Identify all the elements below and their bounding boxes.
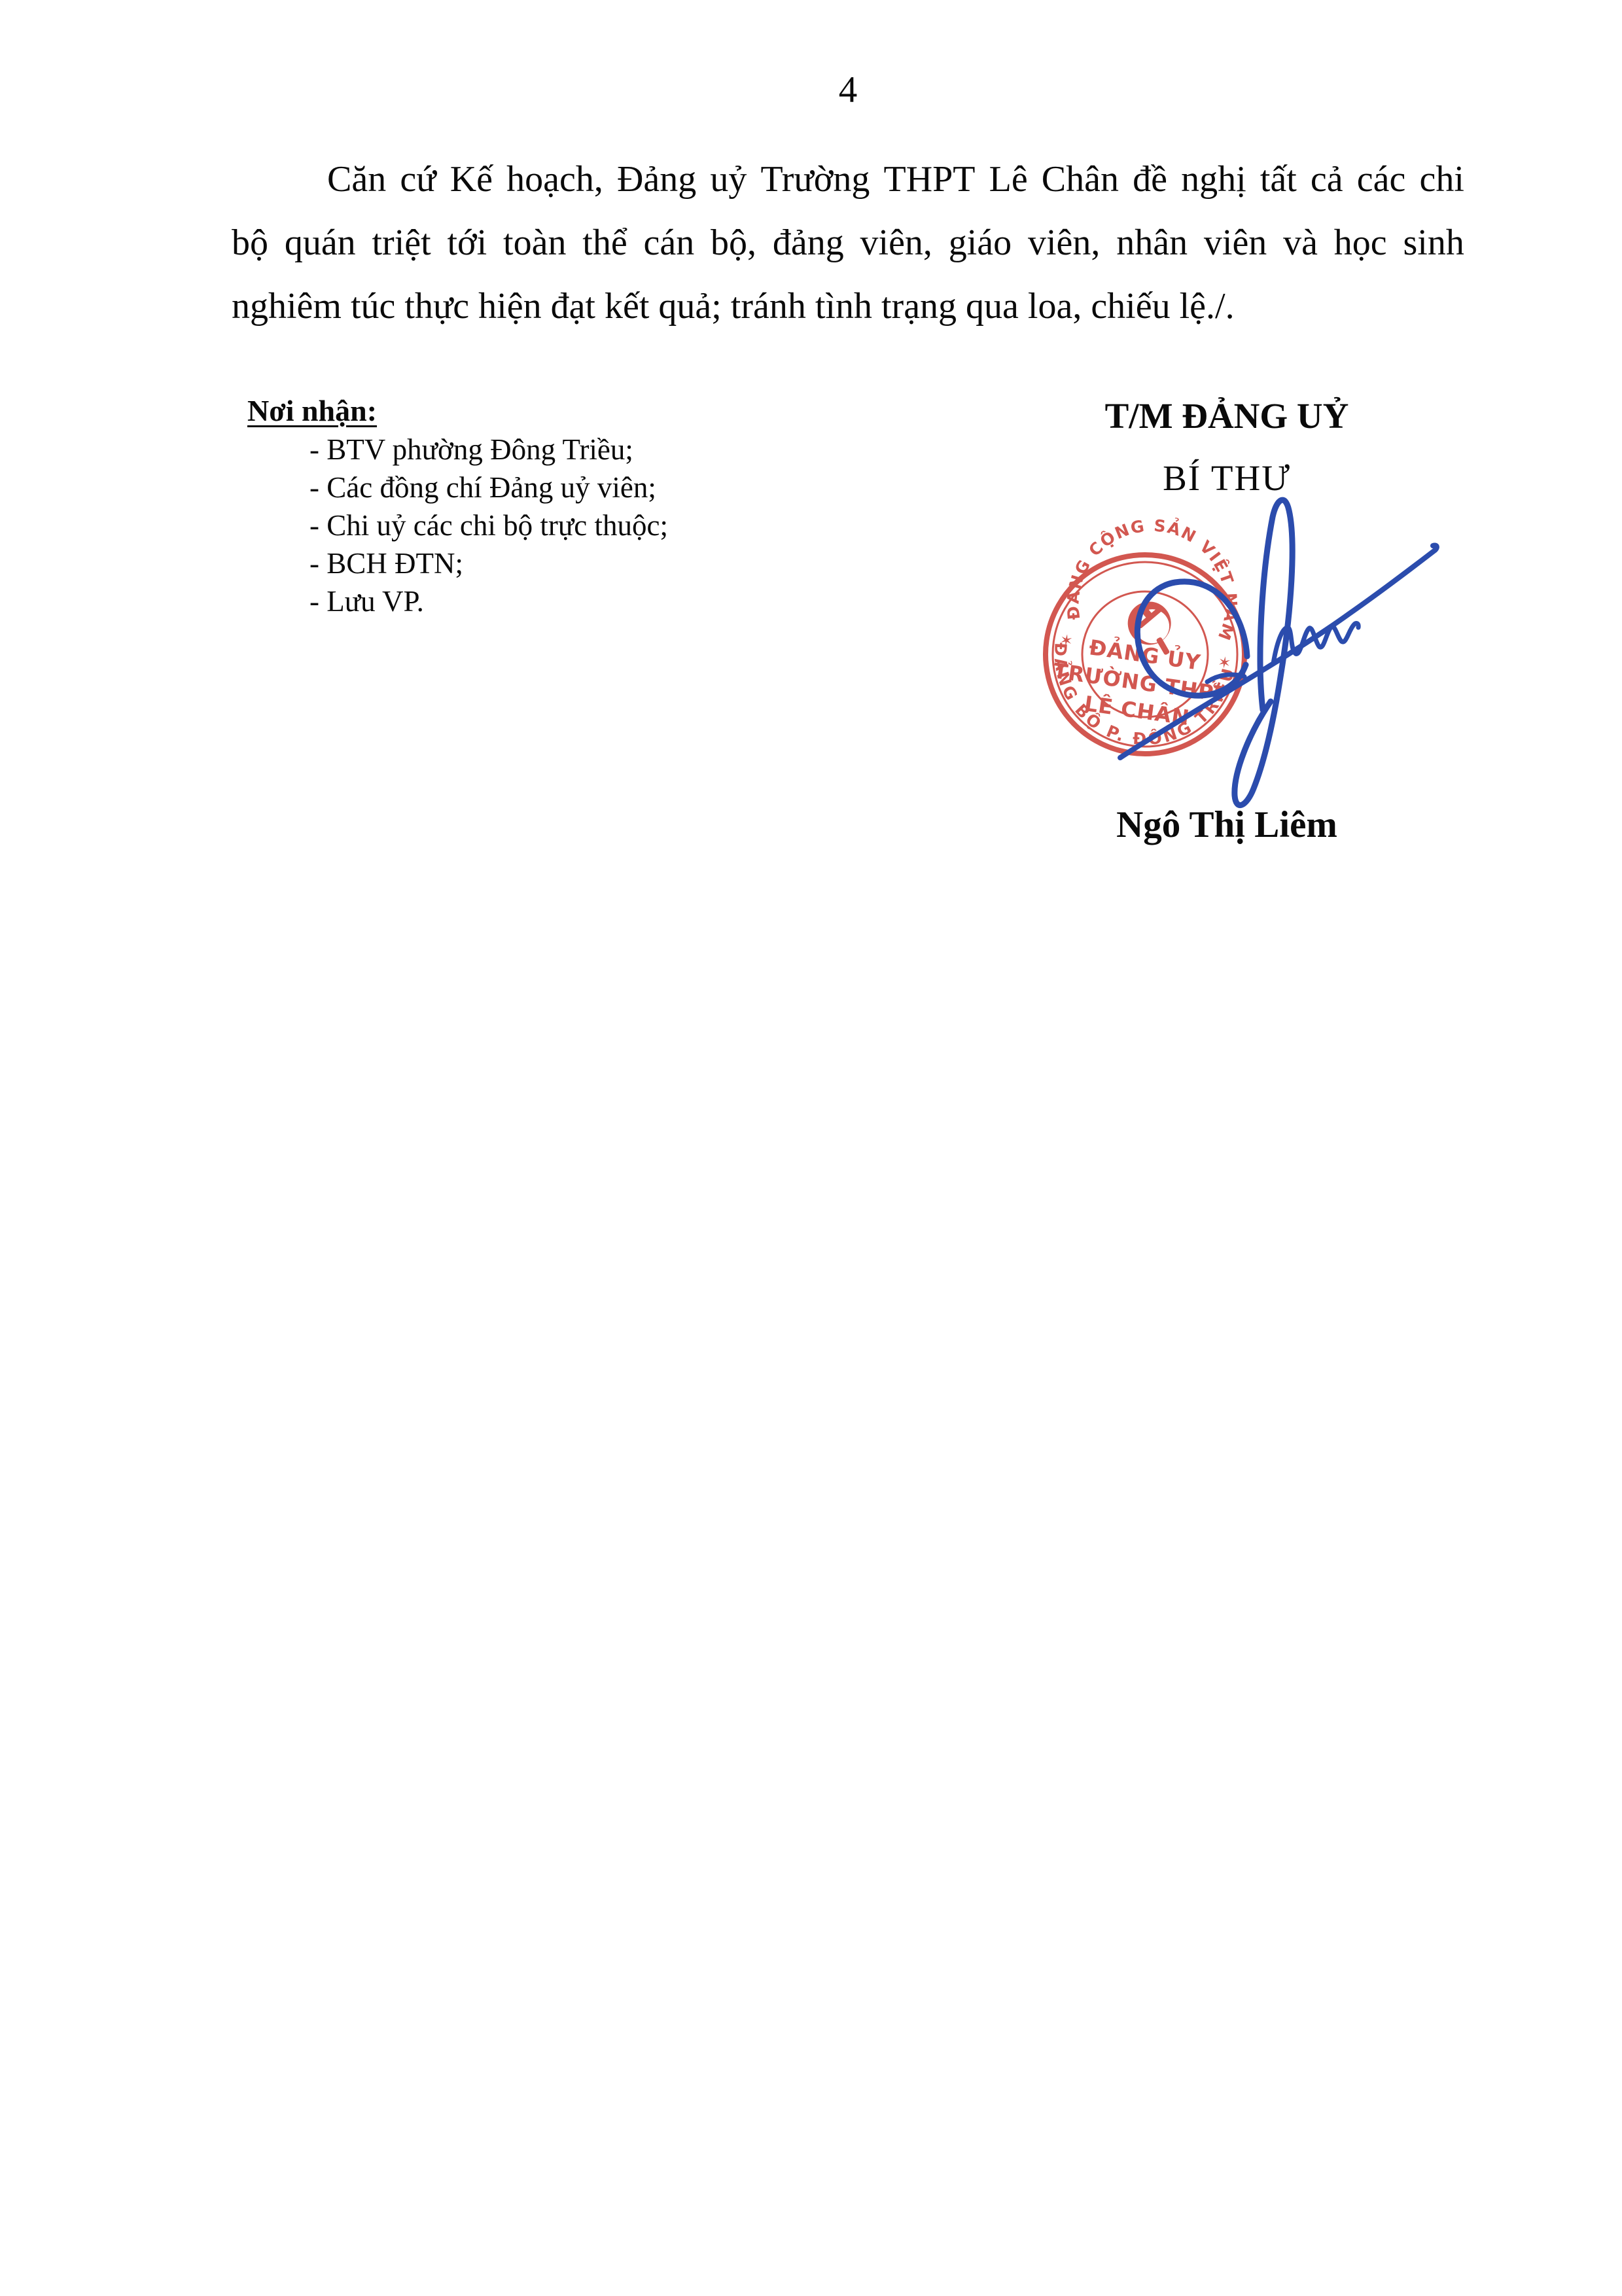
official-seal: ĐẢNG CỘNG SẢN VIỆT NAM ĐẢNG BỘ P. ĐÔNG T…: [1032, 501, 1263, 767]
seal-inner-ring: [1074, 584, 1216, 726]
paragraph-line: CăncứKếhoạch,ĐảnguỷTrườngTHPTLêChânđềngh…: [232, 148, 1464, 211]
signer-name: Ngô Thị Liêm: [1001, 804, 1453, 847]
seal-bottom-arc-text: ĐẢNG BỘ P. ĐÔNG TRIỀU: [1038, 641, 1239, 761]
body-paragraph: CăncứKếhoạch,ĐảnguỷTrườngTHPTLêChânđềngh…: [232, 148, 1464, 338]
signature-ink: [1120, 500, 1437, 805]
paragraph-line: nghiêm túc thực hiện đạt kết quả; tránh …: [232, 275, 1464, 338]
recipient-item: - Chi uỷ các chi bộ trực thuộc;: [309, 506, 836, 544]
seal-star-left: ✶: [1059, 631, 1074, 651]
recipients-heading: Nơi nhận:: [247, 391, 836, 431]
signature-entry-stroke: [1207, 675, 1244, 682]
seal-org-line1: ĐẢNG ỦY: [1087, 632, 1203, 675]
page-number: 4: [232, 71, 1464, 110]
hammer-sickle-icon: [1124, 599, 1177, 656]
recipient-item: - BCH ĐTN;: [309, 544, 836, 582]
signature-title: BÍ THƯ: [1001, 455, 1453, 501]
recipient-item: - Các đồng chí Đảng uỷ viên;: [309, 468, 836, 506]
paragraph-line: bộquántriệttớitoànthểcánbộ,đảngviên,giáo…: [232, 211, 1464, 275]
signature-loop-stroke: [1235, 500, 1292, 805]
seal-top-arc-text: ĐẢNG CỘNG SẢN VIỆT NAM: [1058, 502, 1252, 645]
seal-star-right: ✶: [1216, 653, 1232, 673]
signature-letters-stroke: [1273, 623, 1358, 663]
recipient-item: - BTV phường Đông Triều;: [309, 431, 836, 468]
seal-middle-ring: [1041, 550, 1250, 759]
seal-and-signature-layer: ĐẢNG CỘNG SẢN VIỆT NAM ĐẢNG BỘ P. ĐÔNG T…: [0, 0, 1622, 2296]
recipient-item: - Lưu VP.: [309, 582, 836, 620]
seal-org-line2: TRƯỜNG THPT: [1051, 658, 1230, 707]
seal-org-line3: LÊ CHÂN: [1083, 691, 1191, 730]
signature-on-behalf: T/M ĐẢNG UỶ: [1001, 393, 1453, 440]
signature-flourish-stroke: [1120, 545, 1437, 758]
signature-block: T/M ĐẢNG UỶ BÍ THƯ: [1001, 393, 1453, 501]
document-page: 4 CăncứKếhoạch,ĐảnguỷTrườngTHPTLêChânđền…: [0, 0, 1622, 2296]
recipients-block: Nơi nhận: - BTV phường Đông Triều; - Các…: [247, 391, 836, 620]
signature-oval-stroke: [1137, 582, 1247, 696]
seal-outer-ring: [1032, 542, 1257, 766]
